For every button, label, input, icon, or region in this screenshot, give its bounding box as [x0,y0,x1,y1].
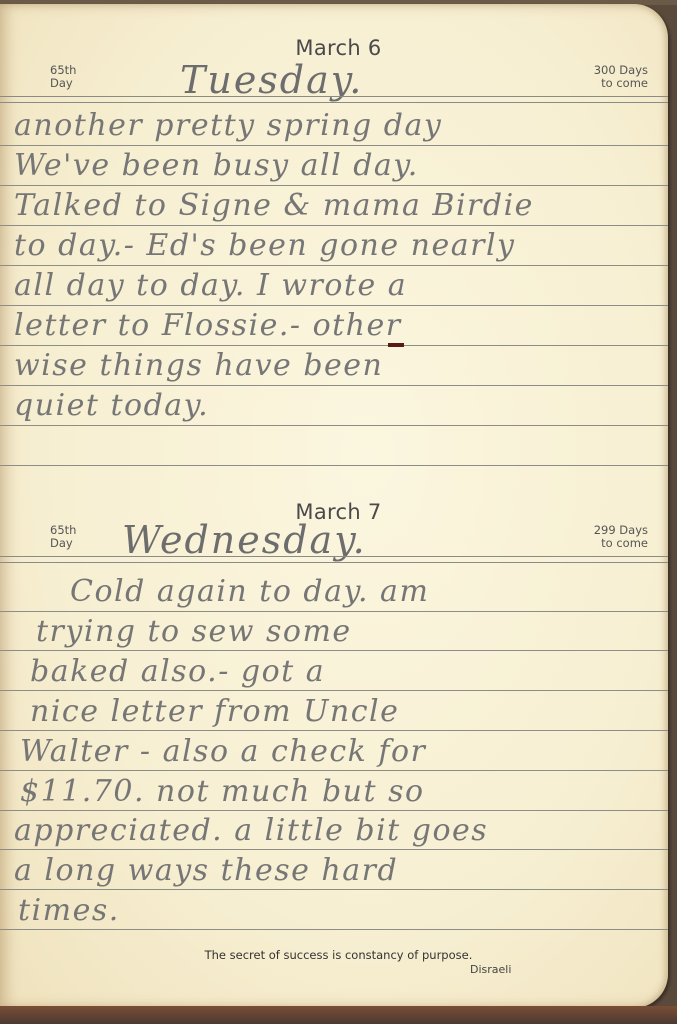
to-come-label: to come [594,537,648,550]
day-of-year: 65th Day [50,64,76,90]
handwritten-line: wise things have been [14,348,383,383]
days-remaining: 300 Days to come [594,64,648,90]
entry-date: March 6 [0,36,677,60]
ruled-line [0,650,668,651]
day-label: Day [50,537,76,550]
to-come-label: to come [594,77,648,90]
ruled-line [0,690,668,691]
handwritten-line: nice letter from Uncle [30,694,399,729]
handwritten-line: Cold again to day. am [70,574,429,609]
handwritten-line: $11.70. not much but so [20,774,425,809]
handwritten-line: Talked to Signe & mama Birdie [14,188,534,223]
ruled-line [0,849,668,850]
ruled-line [0,730,668,731]
handwritten-line: appreciated. a little bit goes [14,813,488,848]
ink-mark [388,343,404,347]
handwritten-line: times. [18,893,120,928]
ruled-line [0,770,668,771]
diary-page: March 6 65th Day 300 Days to come Tuesda… [0,4,668,1008]
handwritten-line: another pretty spring day [14,108,442,143]
header-double-rule [0,556,668,563]
ruled-line [0,611,668,612]
handwritten-line: a long ways these hard [14,853,398,888]
ruled-line [0,465,668,466]
ruled-line [0,810,668,811]
ruled-line [0,225,668,226]
ruled-line [0,385,668,386]
ruled-line [0,185,668,186]
ruled-line [0,345,668,346]
ruled-line [0,145,668,146]
day-label: Day [50,77,76,90]
handwritten-line: all day to day. I wrote a [14,268,407,303]
ruled-line [0,889,668,890]
days-remaining: 299 Days to come [594,524,648,550]
quote-author: Disraeli [470,963,511,976]
handwritten-line: We've been busy all day. [14,148,419,183]
handwritten-line: quiet today. [14,388,209,423]
handwritten-line: Walter - also a check for [20,734,426,769]
handwritten-line: to day.- Ed's been gone nearly [14,228,516,263]
header-double-rule [0,96,668,103]
ruled-line [0,425,668,426]
ruled-line [0,305,668,306]
handwritten-line: letter to Flossie.- other [14,308,402,343]
footer-quote: The secret of success is constancy of pu… [0,948,677,962]
handwritten-line: trying to sew some [36,614,352,649]
ruled-line [0,265,668,266]
handwritten-line: baked also.- got a [30,654,325,689]
day-of-year: 65th Day [50,524,76,550]
ruled-line [0,929,668,930]
book-bottom-edge [0,1006,677,1024]
